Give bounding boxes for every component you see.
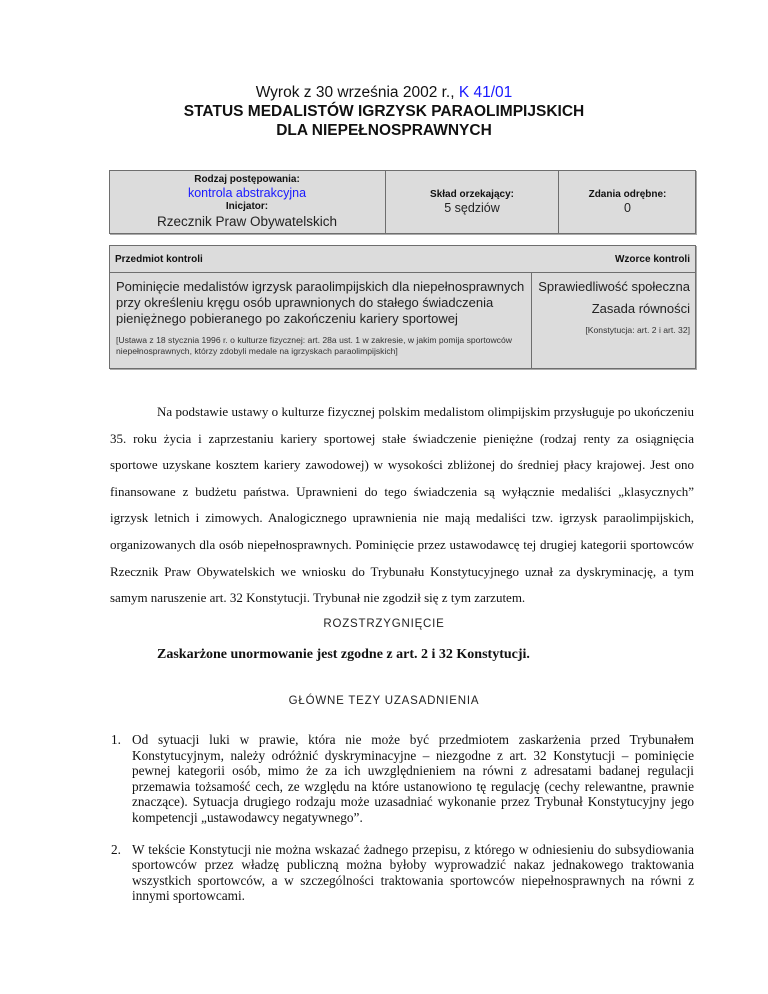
document-title: Wyrok z 30 września 2002 r., K 41/01 STA… — [0, 83, 768, 140]
dissent-value: 0 — [624, 201, 631, 216]
title-line-2: STATUS MEDALISTÓW IGRZYSK PARAOLIMPIJSKI… — [0, 102, 768, 121]
subject-text: Pominięcie medalistów igrzysk paraolimpi… — [116, 279, 525, 327]
control-box: Przedmiot kontroli Wzorce kontroli Pomin… — [109, 245, 696, 369]
control-box-header: Przedmiot kontroli Wzorce kontroli — [110, 246, 695, 273]
thesis-number: 1. — [111, 732, 121, 748]
case-info-box: Rodzaj postępowania: kontrola abstrakcyj… — [109, 170, 696, 234]
dissent-label: Zdania odrębne: — [589, 189, 667, 201]
proceeding-type-value[interactable]: kontrola abstrakcyjna — [188, 186, 306, 201]
thesis-item: 2.W tekście Konstytucji nie można wskaza… — [111, 842, 694, 904]
initiator-value: Rzecznik Praw Obywatelskich — [157, 213, 337, 230]
ruling-text: Zaskarżone unormowanie jest zgodne z art… — [157, 647, 530, 663]
patterns-cell: Sprawiedliwość społeczna Zasada równości… — [531, 273, 695, 368]
subject-header: Przedmiot kontroli — [115, 254, 203, 265]
bench-cell: Skład orzekający: 5 sędziów — [385, 171, 558, 233]
bench-value: 5 sędziów — [444, 201, 500, 216]
thesis-text: W tekście Konstytucji nie można wskazać … — [132, 842, 694, 904]
theses-list: 1.Od sytuacji luki w prawie, która nie m… — [111, 732, 694, 920]
proceeding-type-label: Rodzaj postępowania: — [194, 174, 300, 186]
pattern-item: Sprawiedliwość społeczna — [532, 279, 690, 295]
thesis-text: Od sytuacji luki w prawie, która nie moż… — [132, 732, 694, 825]
pattern-item: Zasada równości — [532, 301, 690, 317]
ruling-heading: ROZSTRZYGNIĘCIE — [0, 618, 768, 630]
judgment-date: Wyrok z 30 września 2002 r., — [256, 84, 459, 101]
bench-label: Skład orzekający: — [430, 189, 514, 201]
title-line-3: DLA NIEPEŁNOSPRAWNYCH — [0, 121, 768, 140]
subject-cell: Pominięcie medalistów igrzysk paraolimpi… — [110, 273, 531, 368]
patterns-reference: [Konstytucja: art. 2 i art. 32] — [532, 325, 690, 336]
summary-paragraph: Na podstawie ustawy o kulturze fizycznej… — [110, 399, 694, 612]
dissent-cell: Zdania odrębne: 0 — [558, 171, 696, 233]
judgment-date-line: Wyrok z 30 września 2002 r., K 41/01 — [0, 83, 768, 102]
case-number-link[interactable]: K 41/01 — [459, 84, 512, 101]
thesis-item: 1.Od sytuacji luki w prawie, która nie m… — [111, 732, 694, 826]
subject-reference: [Ustawa z 18 stycznia 1996 r. o kulturze… — [116, 335, 525, 357]
patterns-header: Wzorce kontroli — [615, 254, 690, 265]
proceeding-cell: Rodzaj postępowania: kontrola abstrakcyj… — [110, 171, 384, 233]
thesis-number: 2. — [111, 842, 121, 858]
initiator-label: Inicjator: — [226, 201, 268, 213]
theses-heading: GŁÓWNE TEZY UZASADNIENIA — [0, 695, 768, 707]
